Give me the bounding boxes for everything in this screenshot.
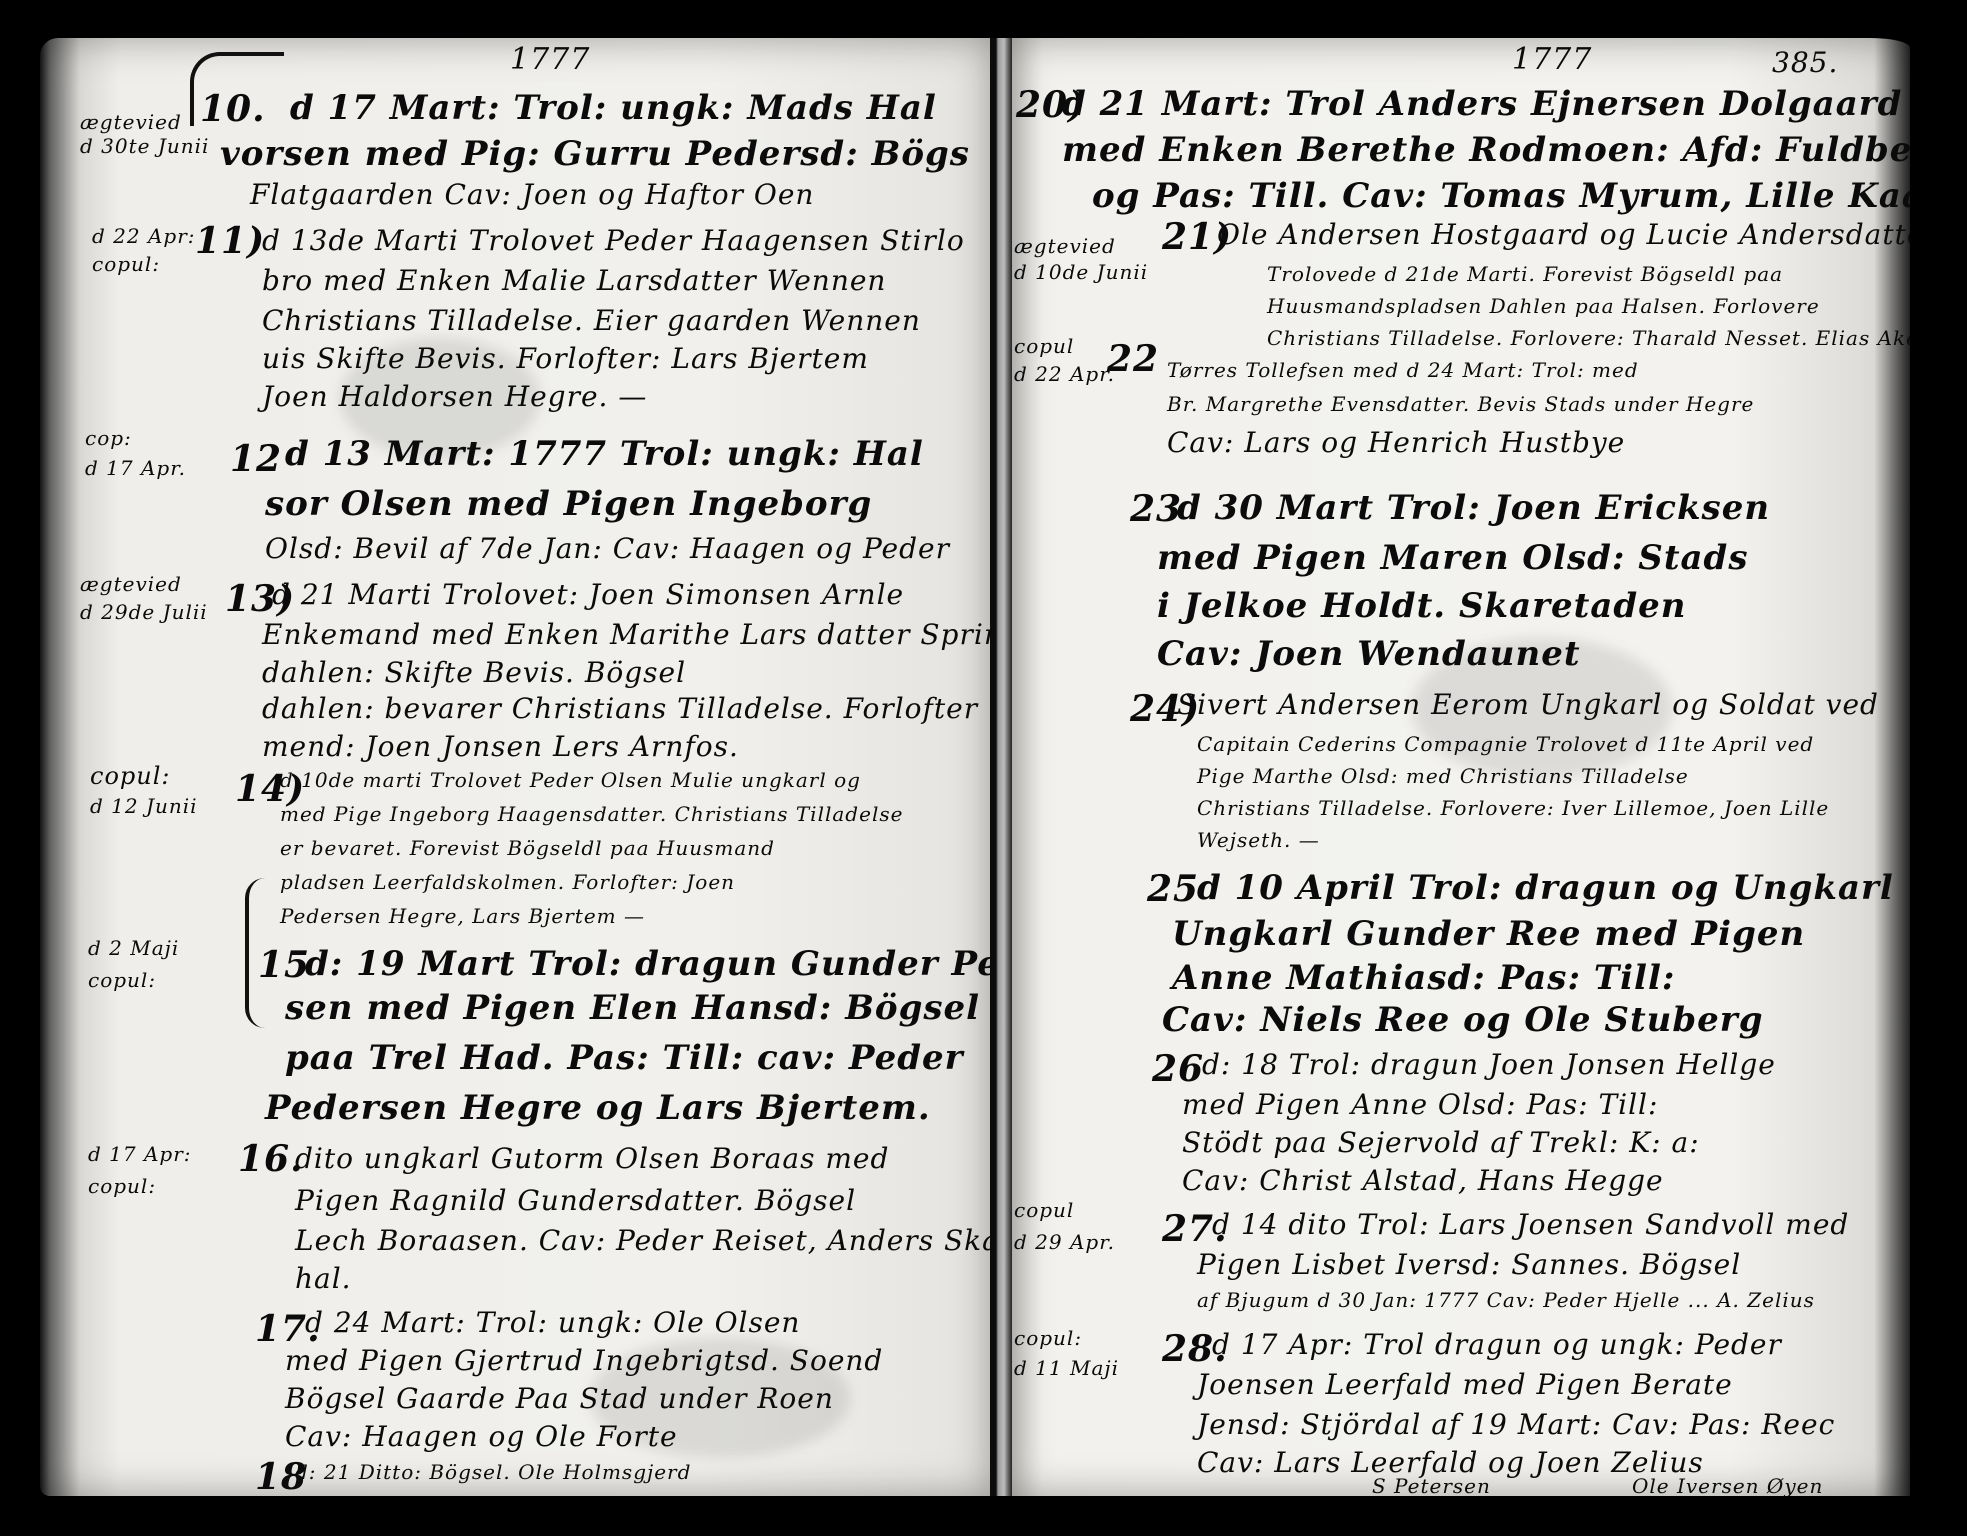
entry-line: Olsd: Bevil af 7de Jan: Cav: Haagen og P… [265,532,950,565]
entry-line: Ole Andersen Hostgaard og Lucie Andersda… [1217,218,1910,251]
entry-line: paa Trel Had. Pas: Till: cav: Peder [285,1038,964,1078]
entry-line: Capitain Cederins Compagnie Trolovet d 1… [1197,732,1814,756]
right-page: 1777 385. 20) d 21 Mart: Trol Anders Ejn… [1012,38,1910,1496]
entry-line: Stödt paa Sejervold af Trekl: K: a: [1182,1126,1700,1159]
entry-line: Pedersen Hegre og Lars Bjertem. [265,1088,931,1128]
entry-line: bro med Enken Malie Larsdatter Wennen [262,264,886,297]
entry-line: med Enken Berethe Rodmoen: Afd: Fuldberg [1062,130,1910,170]
entry-line: mend: Joen Jonsen Lers Arnfos. [262,730,739,763]
entry-line: d 17 Apr: Trol dragun og ungk: Peder [1212,1328,1782,1361]
entry-line: d 13 Mart: 1777 Trol: ungk: Hal [285,434,924,474]
margin-note: copul: [90,762,170,790]
entry-line: d 21 Mart: Trol Anders Ejnersen Dolgaard [1062,84,1902,124]
margin-note: d 17 Apr: [88,1142,192,1166]
entry-line: sen med Pigen Elen Hansd: Bögsel [285,988,980,1028]
left-page: 1777 10. ægtevied d 30te Junii d 17 Mart… [40,38,992,1496]
margin-note: d 11 Maji [1014,1356,1119,1380]
margin-note: copul: [92,252,160,276]
entry-line: d 13de Marti Trolovet Peder Haagensen St… [262,224,965,257]
entry-line: dahlen: bevarer Christians Tilladelse. F… [262,692,978,725]
entry-line: Anne Mathiasd: Pas: Till: [1172,958,1675,998]
margin-note: d 22 Apr. [1014,362,1115,386]
margin-note: d 22 Apr: [92,224,196,248]
margin-note: copul: [1014,1326,1082,1350]
margin-note: ægtevied [80,110,182,134]
entry-line: med Pige Ingeborg Haagensdatter. Christi… [280,802,903,826]
entry-line: Cav: Christ Alstad, Hans Hegge [1182,1164,1664,1197]
margin-note: ægtevied [1014,234,1116,258]
entry-line: Bögsel Gaarde Paa Stad under Roen [285,1382,834,1415]
entry-line: hal. [295,1262,352,1295]
entry-line: Wejseth. — [1197,828,1320,852]
book-gutter [990,38,1014,1496]
entry-line: Cav: Lars og Henrich Hustbye [1167,426,1625,459]
entry-line: Br. Margrethe Evensdatter. Bevis Stads u… [1167,392,1754,416]
right-header-year: 1777 [1512,42,1592,77]
entry-line: Enkemand med Enken Marithe Lars datter S… [262,618,992,651]
entry-line: Christians Tilladelse. Forlovere: Iver L… [1197,796,1829,820]
entry-line: Christians Tilladelse. Forlovere: Tharal… [1267,326,1910,350]
entry-line: Trolovede d 21de Marti. Forevist Bögseld… [1267,262,1783,286]
entry-line: Cav: Joen Wendaunet [1157,634,1581,674]
page-number: 385. [1772,46,1838,79]
entry-number: 15 [258,944,310,986]
margin-note: d 12 Junii [90,794,198,818]
entry-number: 23 [1130,488,1182,530]
margin-note: ægtevied [80,572,182,596]
entry-line: Ungkarl Gunder Ree med Pigen [1172,914,1805,954]
entry-line: Cav: Niels Ree og Ole Stuberg [1162,1000,1763,1040]
margin-note: d 29 Apr. [1014,1230,1115,1254]
entry-line: d 17 Mart: Trol: ungk: Mads Hal [290,88,937,128]
entry-line: Pigen Lisbet Iversd: Sannes. Bögsel [1197,1248,1741,1281]
entry-line: Tørres Tollefsen med d 24 Mart: Trol: me… [1167,358,1639,382]
margin-note: d 17 Apr. [85,456,186,480]
entry-line: Pigen Ragnild Gundersdatter. Bögsel [295,1184,856,1217]
signature: S Petersen [1372,1474,1491,1496]
margin-note: d 29de Julii [80,600,208,624]
margin-note: cop: [85,426,132,450]
entry-line: d 24 Mart: Trol: ungk: Ole Olsen [305,1306,800,1339]
entry-line: d 21 Marti Trolovet: Joen Simonsen Arnle [272,578,904,611]
signature: Ole Iversen Øyen [1632,1474,1823,1496]
entry-line: Huusmandspladsen Dahlen paa Halsen. Forl… [1267,294,1820,318]
entry-line: d: 19 Mart Trol: dragun Gunder Peder [305,944,992,984]
entry-number: 10. [200,88,266,130]
entry-line: med Pigen Anne Olsd: Pas: Till: [1182,1088,1658,1121]
entry-number: 16. [238,1138,304,1180]
entry-line: uis Skifte Bevis. Forlofter: Lars Bjerte… [262,342,869,375]
entry-line: Joen Haldorsen Hegre. — [262,380,647,413]
entry-number: 11) [195,220,265,262]
entry-line: af Bjugum d 30 Jan: 1777 Cav: Peder Hjel… [1197,1288,1815,1312]
entry-number: 12 [230,438,282,480]
margin-note: copul [1014,334,1074,358]
entry-line: er bevaret. Forevist Bögseldl paa Huusma… [280,836,775,860]
entry-number: 26 [1152,1048,1204,1090]
margin-note: copul: [88,1174,156,1198]
entry-line: d 10 April Trol: dragun og Ungkarl [1197,868,1894,908]
entry-line: Lech Boraasen. Cav: Peder Reiset, Anders… [295,1224,992,1257]
entry-line: vorsen med Pig: Gurru Pedersd: Bögs [220,134,970,174]
entry-line: d: 21 Ditto: Bögsel. Ole Holmsgjerd [295,1460,691,1484]
entry-line: Flatgaarden Cav: Joen og Haftor Oen [250,178,814,211]
entry-line: Pige Marthe Olsd: med Christians Tillade… [1197,764,1689,788]
entry-line: dahlen: Skifte Bevis. Bögsel [262,656,686,689]
entry-line: i Jelkoe Holdt. Skaretaden [1157,586,1687,626]
margin-note: d 30te Junii [80,134,209,158]
entry-line: Christians Tilladelse. Eier gaarden Wenn… [262,304,921,337]
entry-line: og Pas: Till. Cav: Tomas Myrum, Lille Ka… [1092,176,1910,216]
register-spread: 1777 10. ægtevied d 30te Junii d 17 Mart… [40,38,1910,1496]
entry-line: med Pigen Gjertrud Ingebrigtsd. Soend [285,1344,883,1377]
margin-note: copul: [88,968,156,992]
margin-note: d 2 Maji [88,936,179,960]
entry-line: Cav: Haagen og Ole Forte [285,1420,678,1453]
entry-line: d 10de marti Trolovet Peder Olsen Mulie … [280,768,861,792]
left-header-year: 1777 [510,42,590,77]
margin-note: copul [1014,1198,1074,1222]
margin-note: d 10de Junii [1014,260,1148,284]
entry-line: d: 18 Trol: dragun Joen Jonsen Hellge [1202,1048,1776,1081]
entry-line: dito ungkarl Gutorm Olsen Boraas med [295,1142,889,1175]
entry-line: d 30 Mart Trol: Joen Ericksen [1177,488,1770,528]
entry-line: sor Olsen med Pigen Ingeborg [265,484,872,524]
entry-line: med Pigen Maren Olsd: Stads [1157,538,1748,578]
entry-number: 25 [1147,868,1199,910]
entry-line: pladsen Leerfaldskolmen. Forlofter: Joen [280,870,735,894]
entry-line: Joensen Leerfald med Pigen Berate [1197,1368,1733,1401]
entry-line: Sivert Andersen Eerom Ungkarl og Soldat … [1177,688,1879,721]
entry-line: Pedersen Hegre, Lars Bjertem — [280,904,645,928]
entry-line: d 14 dito Trol: Lars Joensen Sandvoll me… [1212,1208,1849,1241]
entry-line: Jensd: Stjördal af 19 Mart: Cav: Pas: Re… [1197,1408,1835,1441]
